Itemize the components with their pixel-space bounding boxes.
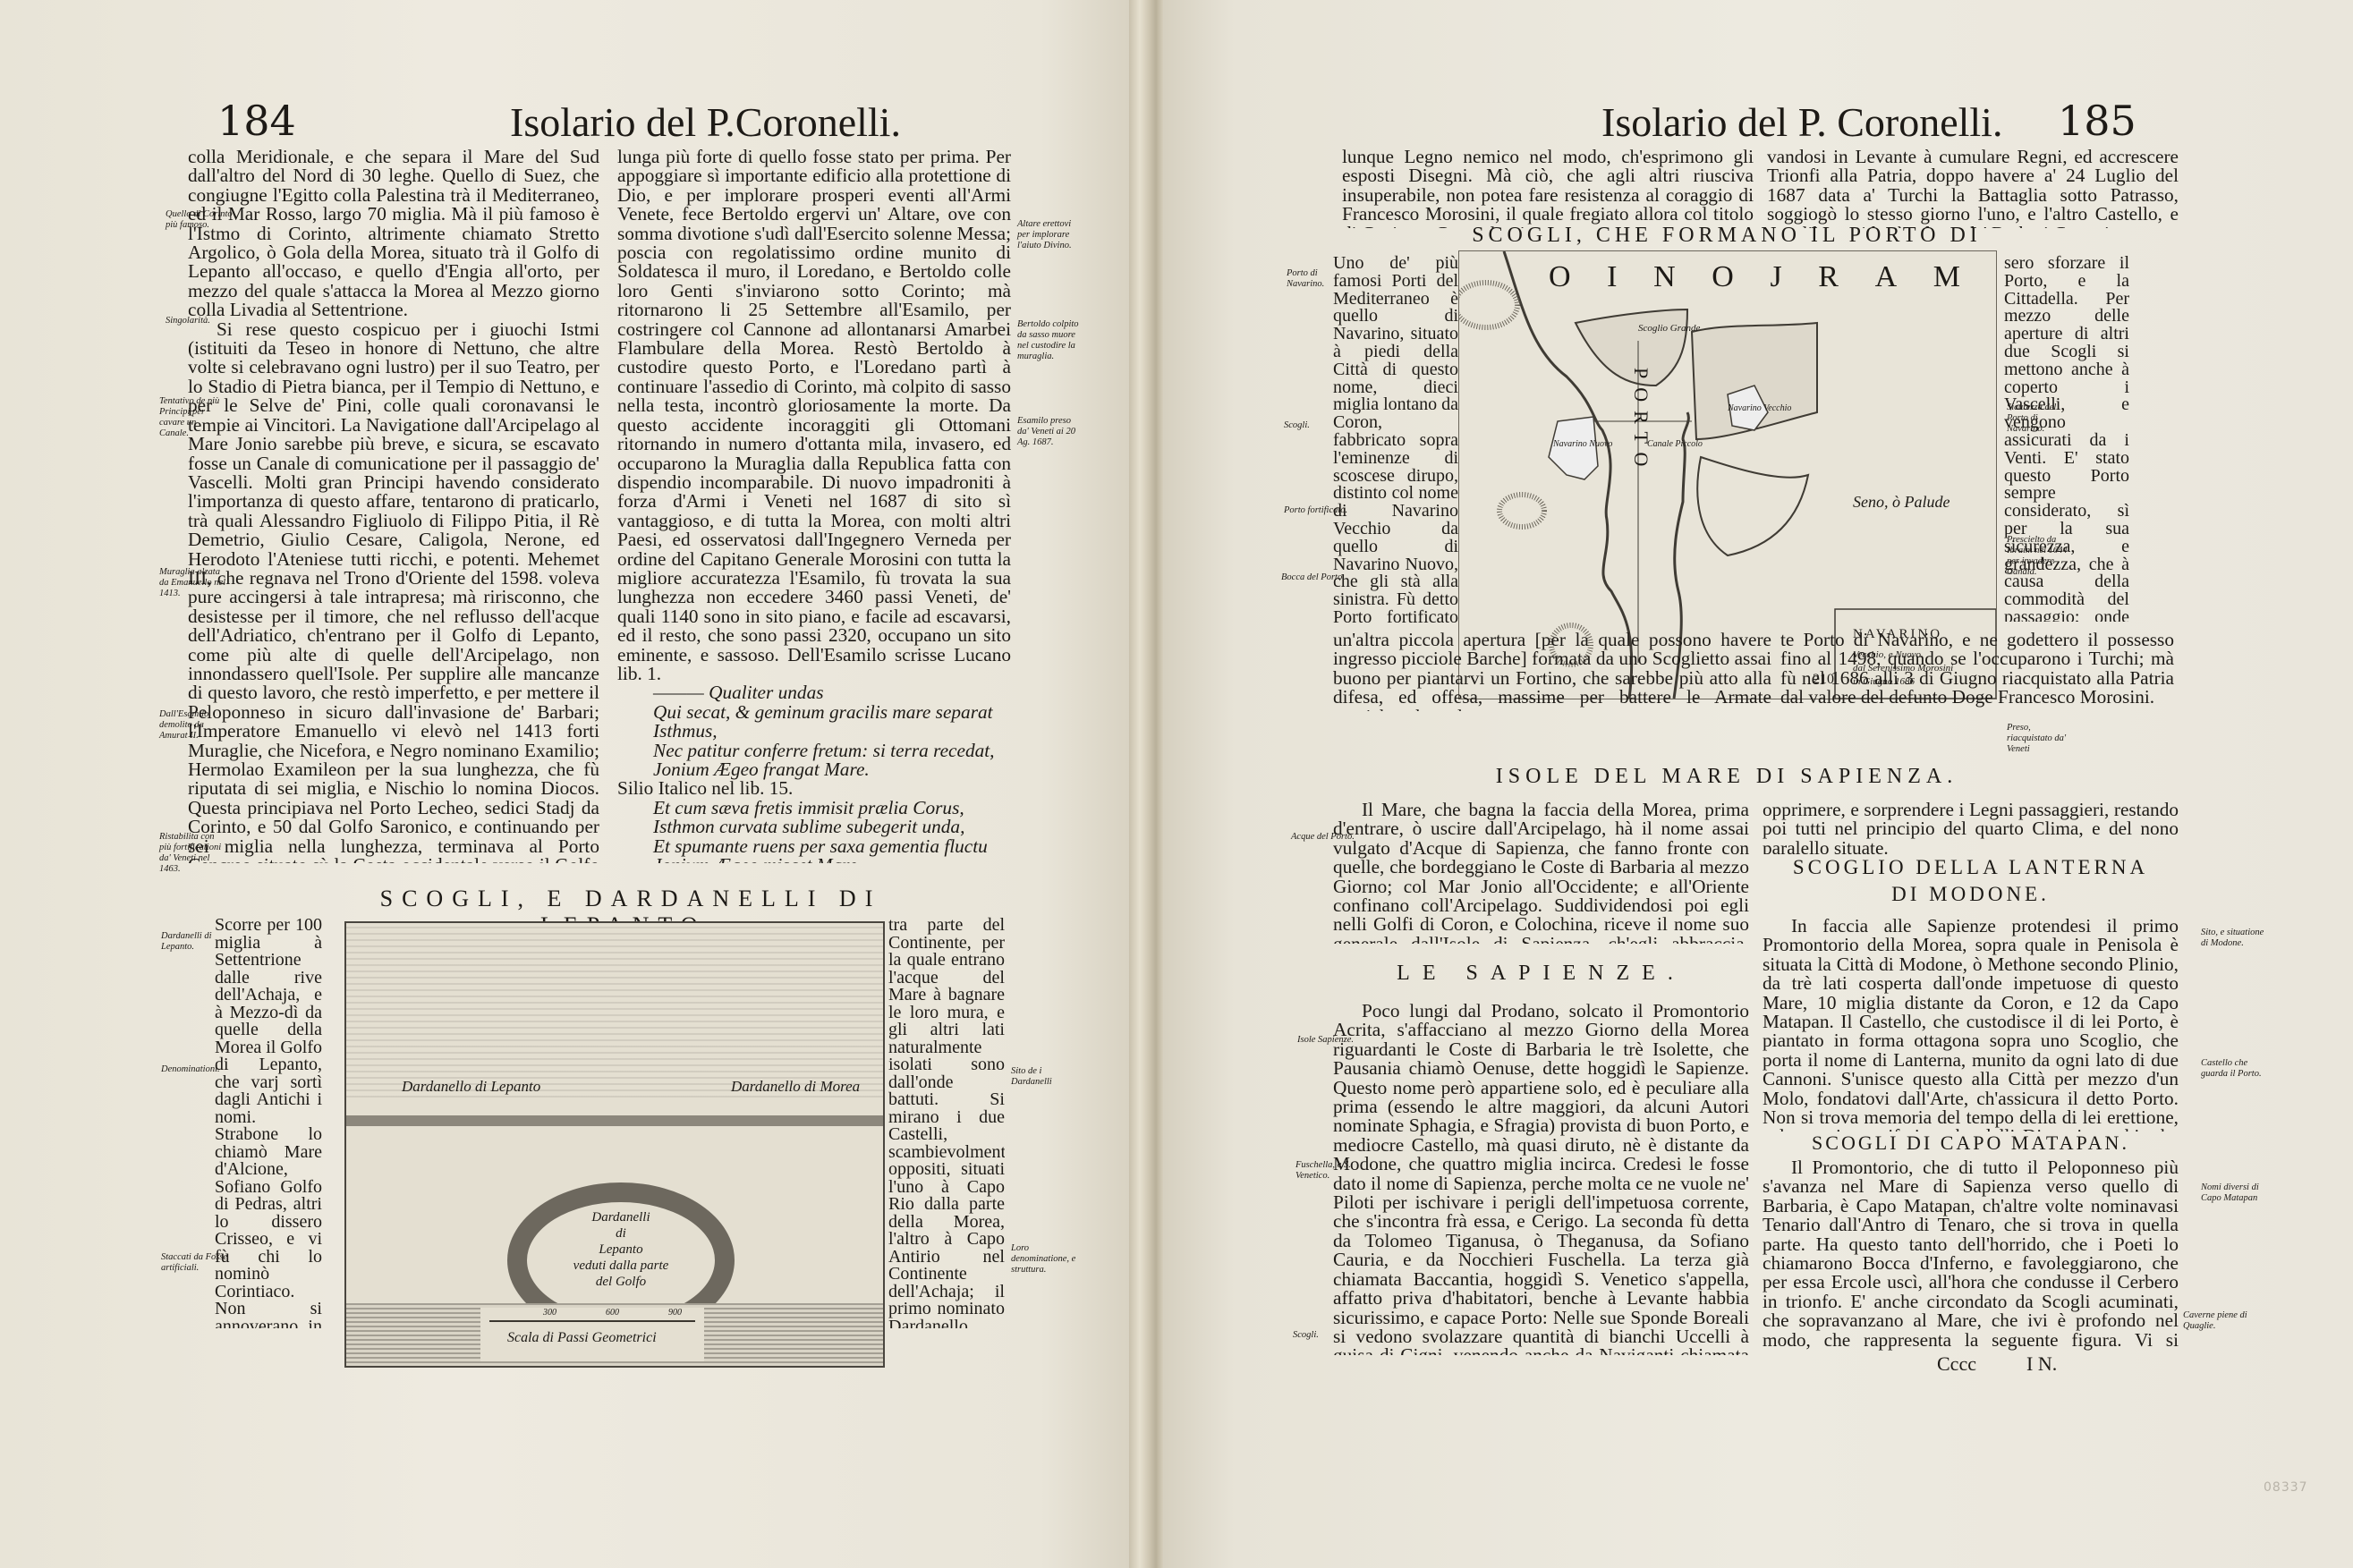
navarino-bottom-right: te Porto di Navarino, e ne godettero il … xyxy=(1780,631,2174,711)
navarino-left-column: Uno de' più famosi Porti del Mediterrane… xyxy=(1333,255,1458,631)
sea-letter: J xyxy=(1770,260,1781,294)
margin-note: Altare erettovi per implorare l'aiuto Di… xyxy=(1017,219,1084,251)
sea-label: O I N O J R A M xyxy=(1549,260,1960,294)
silius-verse: Et cum sæva fretis immisit prælia Corus,… xyxy=(617,799,1011,863)
lepanto-engraving: Dardanello di Lepanto Dardanello di More… xyxy=(344,921,885,1368)
margin-note: Sito, e situatione di Modone. xyxy=(2201,928,2268,949)
margin-note: Ristabilita con più fortificationi da' V… xyxy=(159,832,226,875)
verse-line: Et spumante ruens per saxa gementia fluc… xyxy=(653,837,1011,856)
right-intro-col-1: lunque Legno nemico nel modo, ch'esprimo… xyxy=(1342,148,1754,228)
margin-note: Scogli. xyxy=(1293,1330,1360,1341)
scale-line xyxy=(489,1320,695,1322)
section-title-lanterna: SCOGLIO DELLA LANTERNA DI MODONE. xyxy=(1763,854,2179,908)
page-number-right: 185 xyxy=(2058,97,2136,145)
margin-note: Sicurezza del Porto di Navarino. xyxy=(2007,403,2074,435)
sapienza-col-2: opprimere, e sorprendere i Legni passagg… xyxy=(1763,801,2179,854)
library-stamp: 08337 xyxy=(2264,1480,2308,1495)
margin-note: Nomi diversi di Capo Matapan xyxy=(2201,1182,2268,1204)
map-label: Seno, ò Palude xyxy=(1853,493,1950,512)
title-line: DI MODONE. xyxy=(1763,881,2179,908)
verse-line: ——— Qualiter undas xyxy=(653,683,1011,702)
page-number-left: 184 xyxy=(217,97,296,145)
label-dardanello-morea: Dardanello di Morea xyxy=(731,1078,860,1096)
matapan-column: Il Promontorio, che di tutto il Peloponn… xyxy=(1763,1158,2179,1351)
verse-line: Nec patitur conferre fretum: si terra re… xyxy=(653,742,1011,760)
margin-note: Bertoldo colpito da sasso muore nel cust… xyxy=(1017,319,1084,362)
sapienza-col-1: Il Mare, che bagna la faccia della Morea… xyxy=(1333,801,1749,944)
sea-letter: M xyxy=(1933,260,1960,294)
sea-letter: I xyxy=(1607,260,1617,294)
paragraph: Il Promontorio, che di tutto il Peloponn… xyxy=(1763,1158,2179,1351)
margin-note: Castello che guarda il Porto. xyxy=(2201,1058,2268,1080)
margin-note: Porto fortificato. xyxy=(1284,505,1351,516)
coastline xyxy=(346,1115,883,1126)
cartouche-line: Dardanelli xyxy=(527,1209,715,1225)
sea-letter: O xyxy=(1549,260,1571,294)
map-label: Scoglio Grande xyxy=(1638,323,1700,334)
cartouche-text: Dardanelli di Lepanto veduti dalla parte… xyxy=(527,1209,715,1290)
verse-line: Et cum sæva fretis immisit prælia Corus, xyxy=(653,799,1011,818)
sea-letter: A xyxy=(1875,260,1898,294)
verse-intro: Silio Italico nel lib. 15. xyxy=(617,779,1011,798)
margin-note: Denominationi. xyxy=(161,1064,228,1075)
book-spine xyxy=(1129,0,1165,1568)
verse-line: Isthmon curvata sublime subegerit unda, xyxy=(653,818,1011,836)
paragraph: In faccia alle Sapienze protendesi il pr… xyxy=(1763,917,2179,1132)
map-label: Navarino Nuovo xyxy=(1553,439,1612,449)
margin-note: Acque del Porto. xyxy=(1291,832,1358,843)
margin-note: Dardanelli di Lepanto. xyxy=(161,931,228,953)
sea-letter: N xyxy=(1653,260,1676,294)
navarino-bottom-left: un'altra piccola apertura [per la quale … xyxy=(1333,631,1771,711)
margin-note: Esamilo preso da' Veneti ai 20 Ag. 1687. xyxy=(1017,416,1084,448)
verse-line: Jonium Ægeo frangat Mare. xyxy=(653,760,1011,779)
cartouche-line: veduti dalla parte xyxy=(527,1258,715,1274)
margin-note: Bocca del Porto. xyxy=(1281,572,1348,583)
cartouche-line: di xyxy=(527,1225,715,1242)
margin-note: Porto di Navarino. xyxy=(1287,268,1354,290)
lucan-verse: ——— Qualiter undas Qui secat, & geminum … xyxy=(617,683,1011,779)
margin-note: Muraglia alzata da Emanuello nel 1413. xyxy=(159,567,226,599)
scale-caption: Scala di Passi Geometrici xyxy=(507,1330,657,1346)
margin-note: Fuschella, e S. Venetico. xyxy=(1295,1160,1363,1182)
title-line: SCOGLIO DELLA LANTERNA xyxy=(1763,854,2179,881)
cartouche-line: Lepanto xyxy=(527,1242,715,1258)
margin-note: Singolarità. xyxy=(166,316,233,326)
lepanto-column-left: Scorre per 100 miglia à Settentrione dal… xyxy=(215,917,322,1328)
margin-note: Preso, riacquistato da' Veneti xyxy=(2007,723,2074,755)
margin-note: Dall'Esamilo demolito da Amurat II. xyxy=(159,709,226,742)
label-dardanello-lepanto: Dardanello di Lepanto xyxy=(402,1078,540,1096)
margin-note: Loro denominatione, e struttura. xyxy=(1011,1243,1078,1276)
section-title-matapan: SCOGLI DI CAPO MATAPAN. xyxy=(1763,1132,2179,1155)
left-column-1: colla Meridionale, e che separa il Mare … xyxy=(188,148,599,863)
sky-hatching xyxy=(346,923,883,1102)
lepanto-column-right: tra parte del Continente, per la quale e… xyxy=(888,917,1005,1328)
section-title-sapienze: LE SAPIENZE. xyxy=(1333,962,1749,986)
map-label: Canale Piccolo xyxy=(1647,439,1703,449)
cartouche-line: del Golfo xyxy=(527,1274,715,1290)
margin-note: Sito de i Dardanelli xyxy=(1011,1066,1078,1088)
verse-line: Jonium Ægeo miscet Mare. xyxy=(653,856,1011,863)
catchword: I N. xyxy=(2026,1352,2057,1376)
verse-line: Qui secat, & geminum gracilis mare separ… xyxy=(653,703,1011,742)
sea-letter: R xyxy=(1818,260,1839,294)
section-title-sapienza: ISOLE DEL MARE DI SAPIENZA. xyxy=(1396,765,2058,789)
left-column-2: lunga più forte di quello fosse stato pe… xyxy=(617,148,1011,863)
margin-note: Staccati da Fosse artificiali. xyxy=(161,1252,228,1274)
signature-mark: Cccc xyxy=(1937,1352,1976,1376)
sapienze-column: Poco lungi dal Prodano, solcato il Promo… xyxy=(1333,1002,1749,1355)
paragraph: Si rese questo cospicuo per i giuochi Is… xyxy=(188,320,599,863)
scale-tick: 600 xyxy=(606,1308,619,1318)
margin-note: Tentativo de più Principi per cavare un … xyxy=(159,396,226,439)
margin-note: Isole Sapienze. xyxy=(1297,1035,1364,1046)
margin-note: Scogli. xyxy=(1284,420,1351,431)
margin-note: Quello di Corinto più famoso. xyxy=(166,209,233,231)
scale-tick: 900 xyxy=(668,1308,682,1318)
paragraph: Il Mare, che bagna la faccia della Morea… xyxy=(1333,801,1749,944)
margin-note: Caverne piene di Quaglie. xyxy=(2183,1310,2250,1332)
map-label: Navarino Vecchio xyxy=(1728,403,1791,413)
running-head-left: Isolario del P.Coronelli. xyxy=(510,98,901,146)
right-intro-col-2: vandosi in Levante à cumulare Regni, ed … xyxy=(1767,148,2179,228)
lanterna-column: In faccia alle Sapienze protendesi il pr… xyxy=(1763,917,2179,1132)
scale-tick: 300 xyxy=(543,1308,556,1318)
porto-label: PORTO xyxy=(1629,368,1652,475)
paragraph: lunga più forte di quello fosse stato pe… xyxy=(617,148,1011,683)
sea-letter: O xyxy=(1712,260,1734,294)
running-head-right: Isolario del P. Coronelli. xyxy=(1601,98,2002,146)
paragraph: colla Meridionale, e che separa il Mare … xyxy=(188,148,599,320)
margin-note: Prescielto da Ibraim nel 1644 per invade… xyxy=(2007,535,2074,578)
paragraph: Poco lungi dal Prodano, solcato il Promo… xyxy=(1333,1002,1749,1355)
scale-bar: 300 600 900 Scala di Passi Geometrici xyxy=(480,1308,704,1361)
